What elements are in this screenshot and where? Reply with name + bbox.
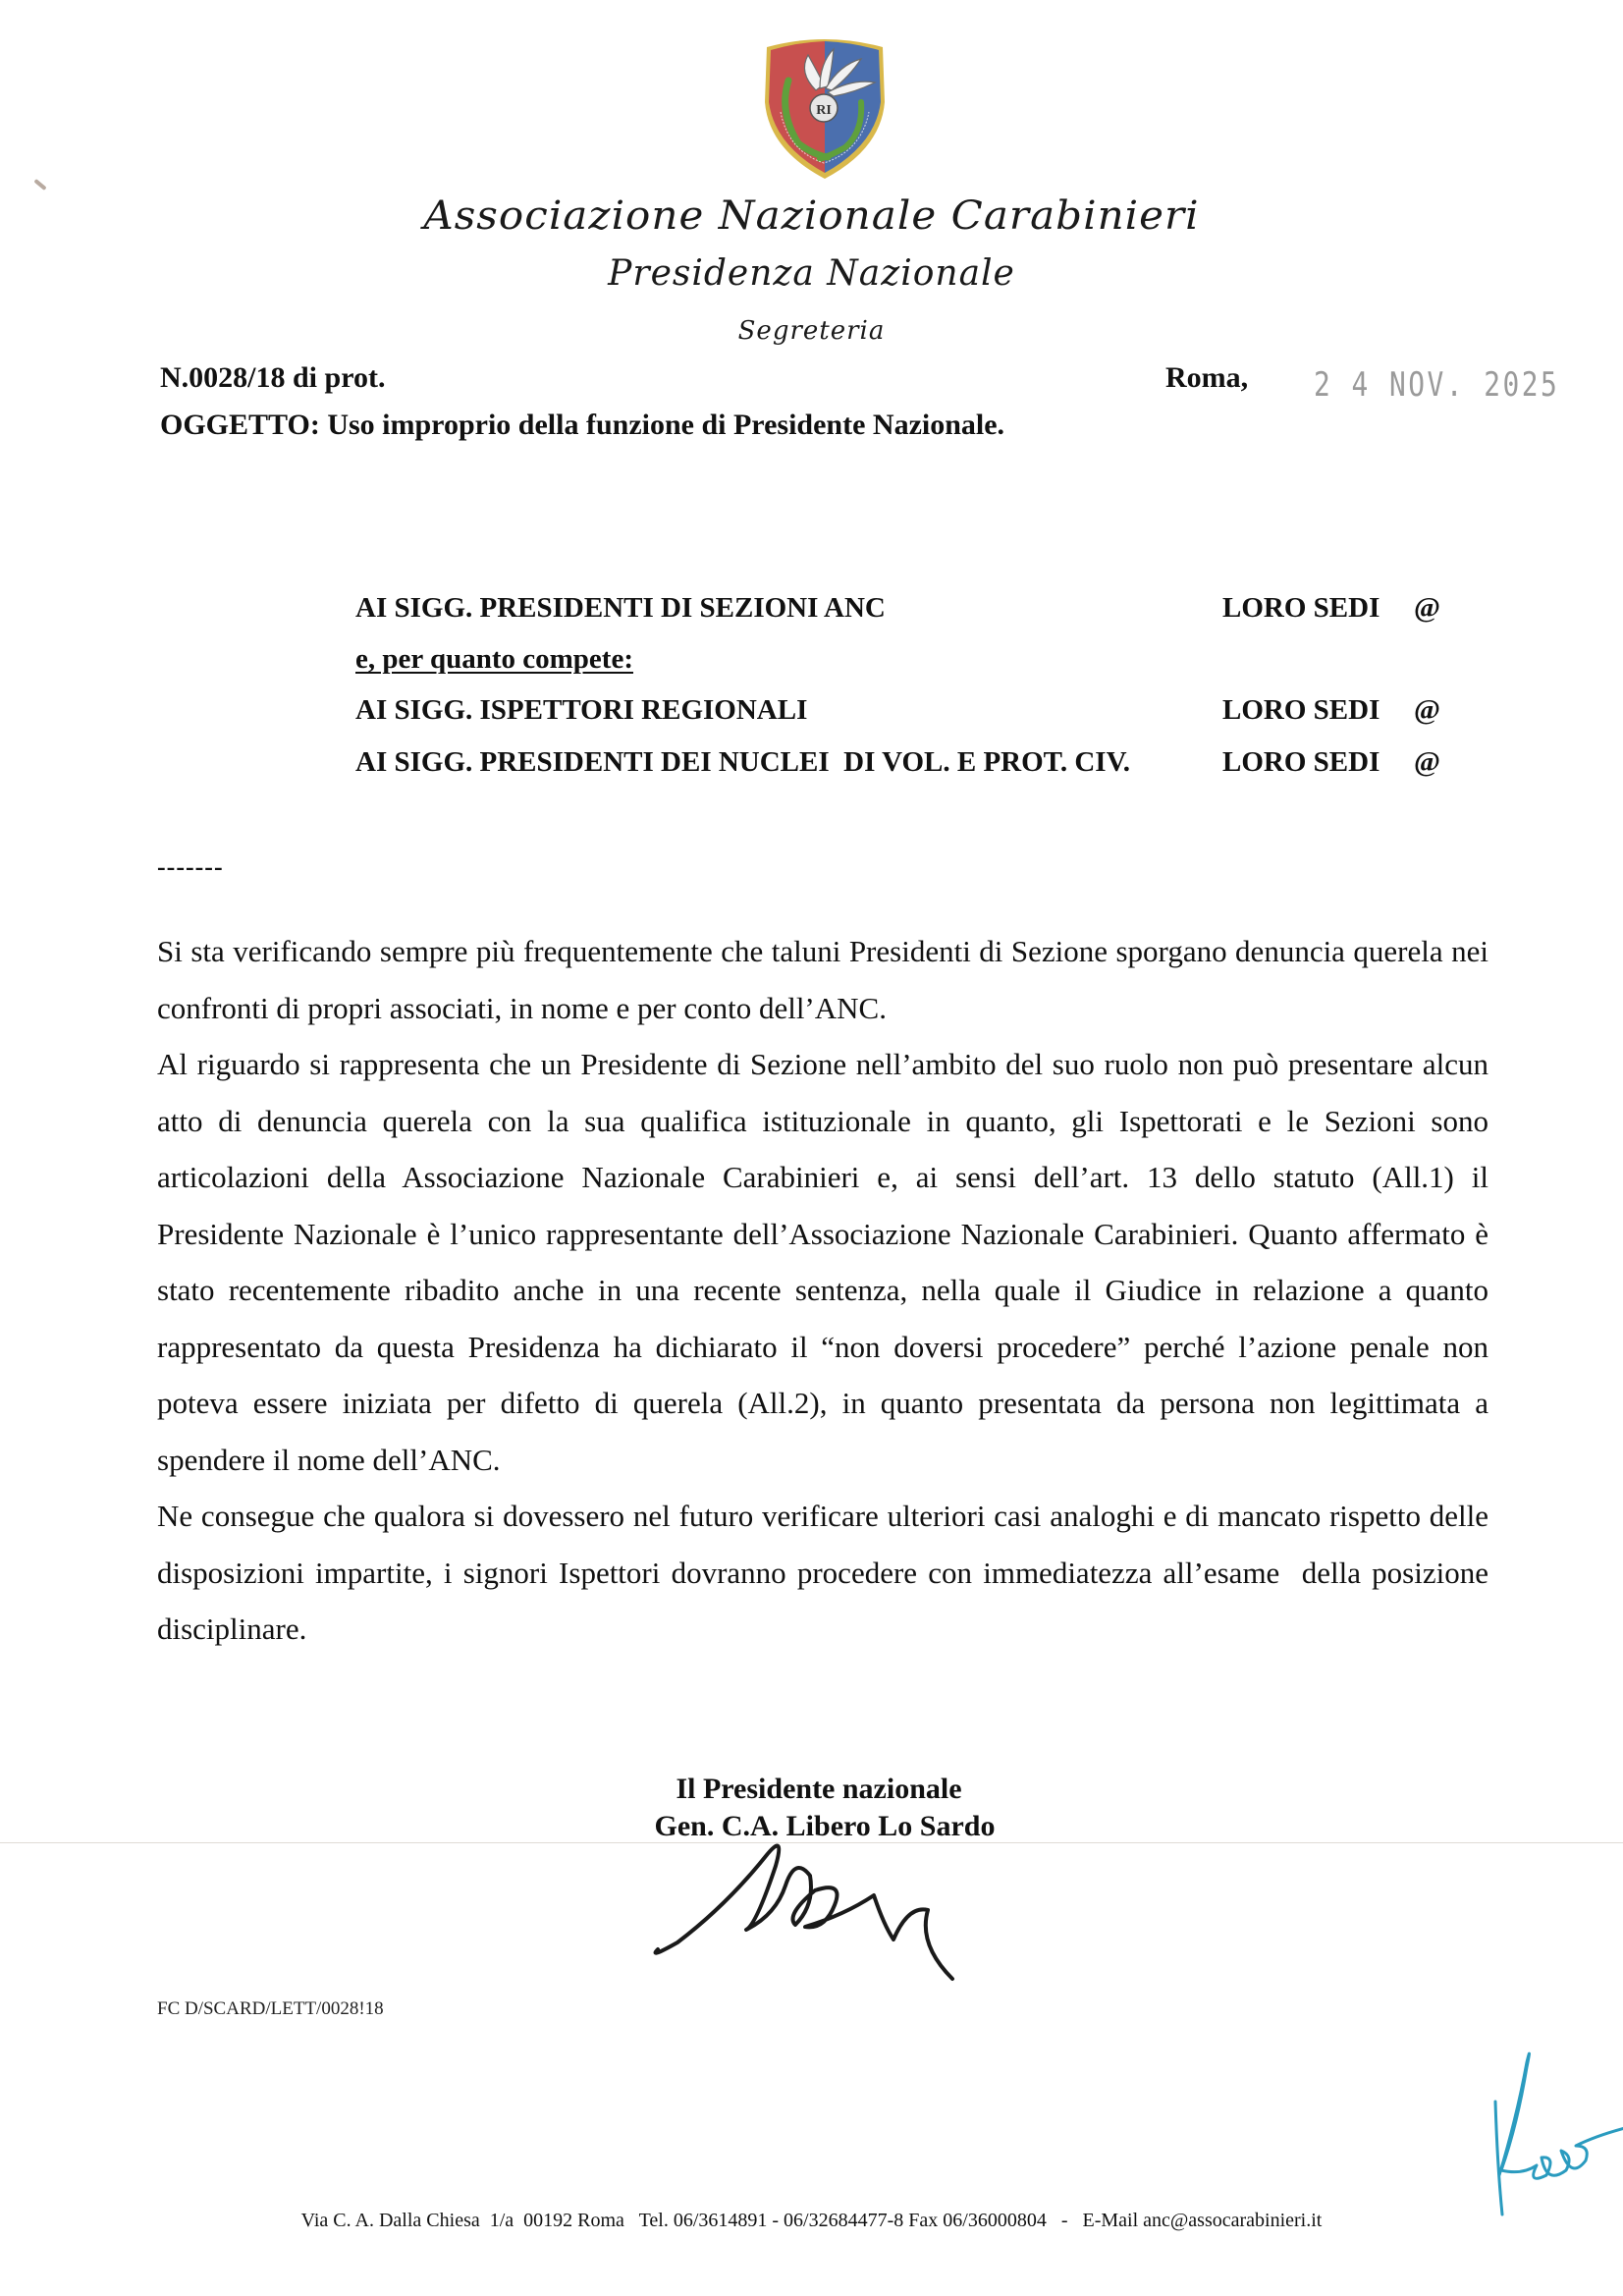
letter-body: Si sta verificando sempre più frequentem… — [157, 923, 1488, 1658]
recipient-qualifier: e, per quanto compete: — [355, 643, 633, 676]
recipient-channel: @ — [1414, 746, 1440, 779]
footer-contacts: Via C. A. Dalla Chiesa 1/a 00192 Roma Te… — [0, 2210, 1623, 2232]
recipient-channel: @ — [1414, 694, 1440, 727]
organization-name: Associazione Nazionale Carabinieri — [0, 193, 1623, 239]
place: Roma, — [1165, 361, 1248, 395]
body-paragraph: Si sta verificando sempre più frequentem… — [157, 923, 1488, 1036]
svg-text:RI: RI — [816, 103, 832, 118]
subject-line: OGGETTO: Uso improprio della funzione di… — [160, 409, 1004, 442]
subject-text: Uso improprio della funzione di Presiden… — [327, 409, 1004, 441]
recipient-name: AI SIGG. PRESIDENTI DI SEZIONI ANC — [355, 592, 886, 625]
recipient-name: AI SIGG. PRESIDENTI DEI NUCLEI DI VOL. E… — [355, 746, 1130, 779]
reference-code: FC D/SCARD/LETT/0028!18 — [157, 1998, 384, 2020]
date-stamp: 2 4 NOV. 2025 — [1314, 365, 1559, 405]
recipient-channel: @ — [1414, 592, 1440, 625]
recipient-name: AI SIGG. ISPETTORI REGIONALI — [355, 694, 807, 727]
anc-shield-logo-icon: RI — [759, 33, 891, 181]
office-name: Presidenza Nazionale — [0, 253, 1623, 294]
body-paragraph: Ne consegue che qualora si dovessero nel… — [157, 1488, 1488, 1658]
protocol-number: N.0028/18 di prot. — [160, 361, 385, 395]
subject-label: OGGETTO: — [160, 409, 320, 441]
recipient-location: LORO SEDI — [1222, 694, 1380, 727]
signatory-title: Il Presidente nazionale — [0, 1773, 1623, 1806]
department-name: Segreteria — [0, 316, 1623, 346]
recipient-location: LORO SEDI — [1222, 592, 1380, 625]
separator: ------- — [157, 852, 224, 882]
handwritten-signature-icon — [638, 1836, 1011, 1984]
recipient-location: LORO SEDI — [1222, 746, 1380, 779]
scan-mark — [33, 179, 46, 191]
handwritten-initials-icon — [1478, 2038, 1623, 2219]
body-paragraph: Al riguardo si rappresenta che un Presid… — [157, 1036, 1488, 1488]
